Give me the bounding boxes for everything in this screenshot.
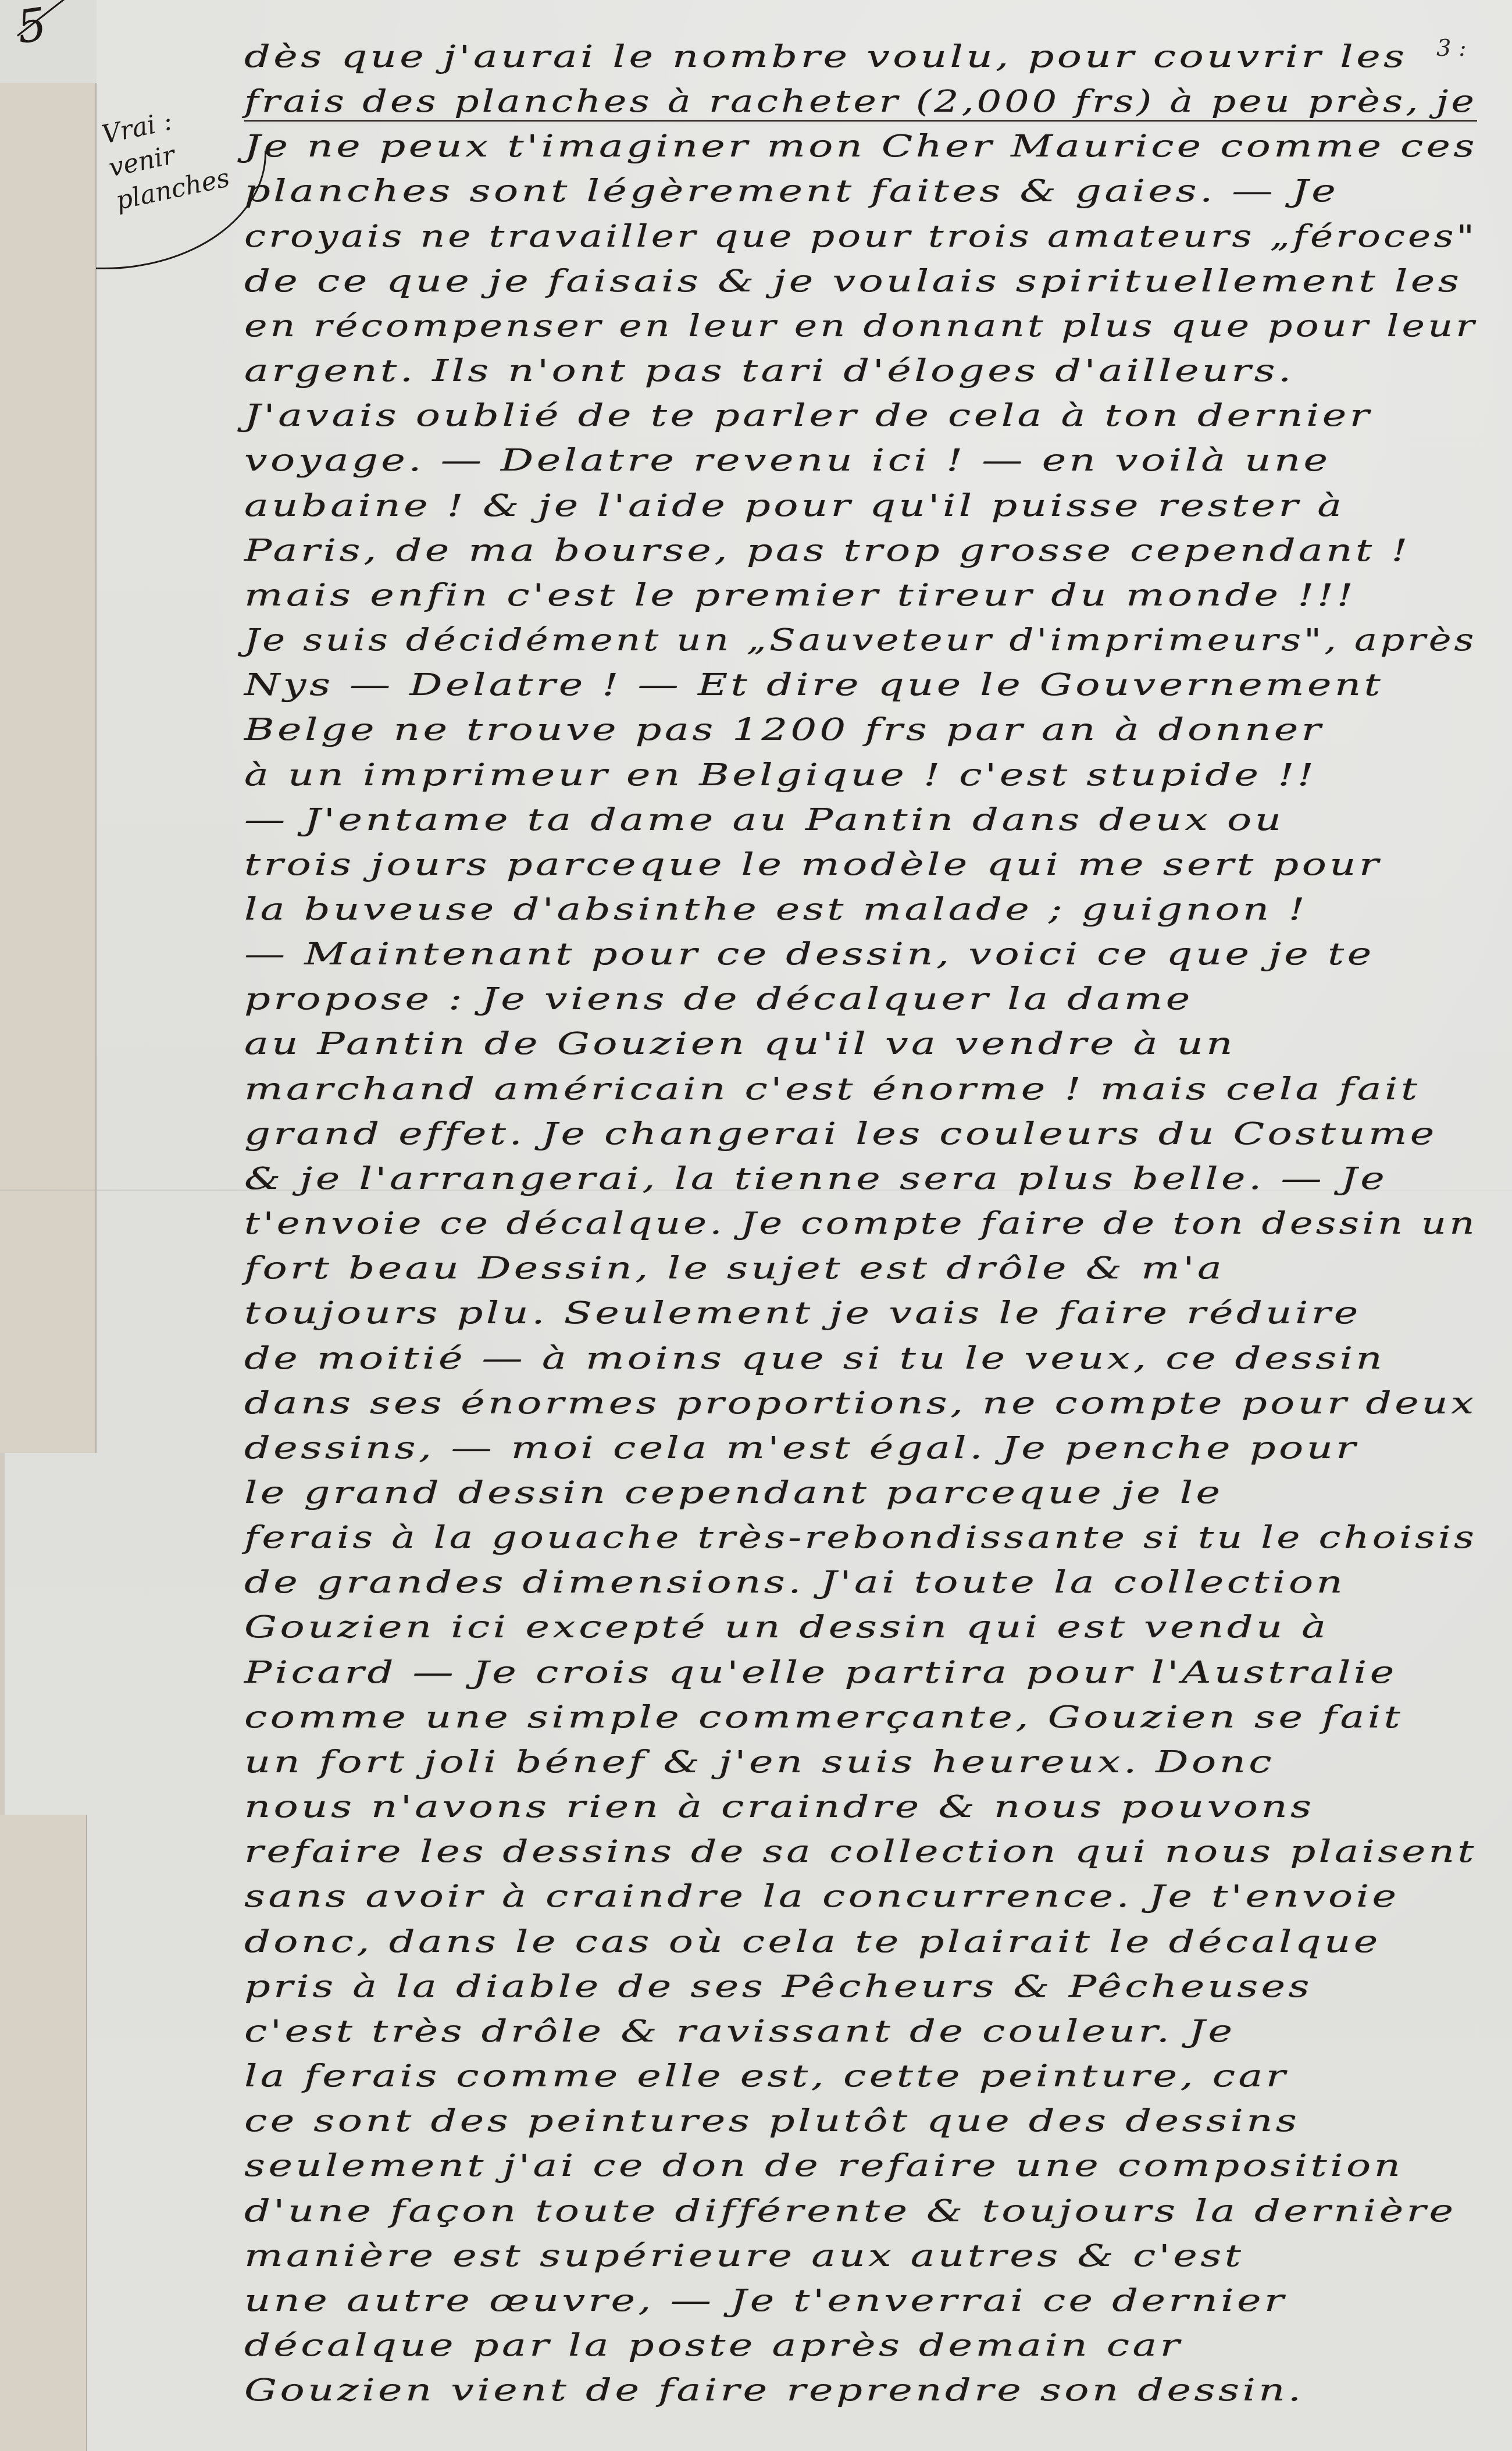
handwritten-line: nous n'avons rien à craindre & nous pouv… — [244, 1785, 1495, 1830]
handwritten-line-text: croyais ne travailler que pour trois ama… — [244, 215, 1477, 259]
handwritten-line: & je l'arrangerai, la tienne sera plus b… — [244, 1157, 1495, 1202]
handwritten-line: seulement j'ai ce don de refaire une com… — [244, 2144, 1495, 2189]
handwritten-line: ce sont des peintures plutôt que des des… — [244, 2099, 1495, 2144]
handwritten-line: au Pantin de Gouzien qu'il va vendre à u… — [244, 1022, 1495, 1067]
handwritten-line-text: nous n'avons rien à craindre & nous pouv… — [244, 1785, 1314, 1830]
handwritten-line: argent. Ils n'ont pas tari d'éloges d'ai… — [244, 349, 1495, 394]
handwritten-line: trois jours parceque le modèle qui me se… — [244, 843, 1495, 888]
handwritten-line: à un imprimeur en Belgique ! c'est stupi… — [244, 753, 1495, 798]
handwritten-line-text: ferais à la gouache très-rebondissante s… — [244, 1516, 1477, 1561]
handwritten-line: Belge ne trouve pas 1200 frs par an à do… — [244, 708, 1495, 753]
handwritten-line-text: seulement j'ai ce don de refaire une com… — [244, 2144, 1403, 2189]
handwritten-line: Gouzien ici excepté un dessin qui est ve… — [244, 1605, 1495, 1650]
handwritten-line-text: le grand dessin cependant parceque je le — [244, 1471, 1224, 1516]
handwritten-line-text: en récompenser en leur en donnant plus q… — [244, 304, 1477, 349]
handwritten-line: croyais ne travailler que pour trois ama… — [244, 215, 1495, 259]
handwritten-line-text: — Maintenant pour ce dessin, voici ce qu… — [244, 932, 1375, 977]
handwritten-line: un fort joli bénef & j'en suis heureux. … — [244, 1740, 1495, 1785]
handwritten-line-text: trois jours parceque le modèle qui me se… — [244, 843, 1382, 888]
handwritten-line-text: pris à la diable de ses Pêcheurs & Pêche… — [244, 1965, 1313, 2010]
handwritten-line: J'avais oublié de te parler de cela à to… — [244, 394, 1495, 439]
handwritten-line: donc, dans le cas où cela te plairait le… — [244, 1920, 1495, 1965]
handwritten-line: Je suis décidément un „Sauveteur d'impri… — [244, 618, 1495, 663]
handwritten-line-text: une autre œuvre, — Je t'enverrai ce dern… — [244, 2279, 1287, 2324]
handwritten-line: pris à la diable de ses Pêcheurs & Pêche… — [244, 1965, 1495, 2010]
handwritten-line: le grand dessin cependant parceque je le — [244, 1471, 1495, 1516]
handwritten-line-text: — J'entame ta dame au Pantin dans deux o… — [244, 798, 1284, 843]
handwritten-line: grand effet. Je changerai les couleurs d… — [244, 1112, 1495, 1157]
handwritten-line: en récompenser en leur en donnant plus q… — [244, 304, 1495, 349]
handwritten-line-text: refaire les dessins de sa collection qui… — [244, 1830, 1477, 1875]
handwritten-line-text: au Pantin de Gouzien qu'il va vendre à u… — [244, 1022, 1236, 1067]
handwritten-line: dessins, — moi cela m'est égal. Je pench… — [244, 1426, 1495, 1471]
handwritten-line-text: d'une façon toute différente & toujours … — [244, 2189, 1457, 2234]
handwritten-line-text: comme une simple commerçante, Gouzien se… — [244, 1695, 1403, 1740]
handwritten-line: t'envoie ce décalque. Je compte faire de… — [244, 1202, 1495, 1246]
handwritten-line-text: la buveuse d'absinthe est malade ; guign… — [244, 888, 1308, 932]
handwritten-line-text: Belge ne trouve pas 1200 frs par an à do… — [244, 708, 1324, 753]
handwritten-line: Paris, de ma bourse, pas trop grosse cep… — [244, 529, 1495, 573]
handwritten-line: Je ne peux t'imaginer mon Cher Maurice c… — [244, 124, 1495, 169]
handwritten-line: Gouzien vient de faire reprendre son des… — [244, 2368, 1495, 2413]
mounting-tape-upper — [0, 83, 97, 1453]
handwritten-line-text: planches sont légèrement faites & gaies.… — [244, 169, 1339, 214]
handwritten-line: fort beau Dessin, le sujet est drôle & m… — [244, 1246, 1495, 1291]
handwritten-line: marchand américain c'est énorme ! mais c… — [244, 1067, 1495, 1112]
handwritten-line-text: c'est très drôle & ravissant de couleur.… — [244, 2010, 1236, 2054]
handwritten-line: c'est très drôle & ravissant de couleur.… — [244, 2010, 1495, 2054]
handwritten-line-text: mais enfin c'est le premier tireur du mo… — [244, 573, 1356, 618]
handwritten-line-text: à un imprimeur en Belgique ! c'est stupi… — [244, 753, 1317, 798]
handwritten-line-text: & je l'arrangerai, la tienne sera plus b… — [244, 1157, 1388, 1202]
handwritten-line-text: J'avais oublié de te parler de cela à to… — [244, 394, 1372, 439]
handwritten-line-text: grand effet. Je changerai les couleurs d… — [244, 1112, 1438, 1157]
handwritten-line: d'une façon toute différente & toujours … — [244, 2189, 1495, 2234]
handwritten-line-text: dessins, — moi cela m'est égal. Je pench… — [244, 1426, 1358, 1471]
handwritten-line: Nys — Delatre ! — Et dire que le Gouvern… — [244, 663, 1495, 708]
handwritten-line: de grandes dimensions. J'ai toute la col… — [244, 1561, 1495, 1605]
handwritten-line-text: t'envoie ce décalque. Je compte faire de… — [244, 1202, 1478, 1246]
handwritten-line: propose : Je viens de décalquer la dame — [244, 977, 1495, 1022]
handwritten-line: Picard — Je crois qu'elle partira pour l… — [244, 1651, 1495, 1695]
handwritten-line: la ferais comme elle est, cette peinture… — [244, 2054, 1495, 2099]
handwritten-line: aubaine ! & je l'aide pour qu'il puisse … — [244, 484, 1495, 529]
handwritten-line-text: Gouzien vient de faire reprendre son des… — [244, 2368, 1304, 2413]
handwritten-line: décalque par la poste après demain car — [244, 2324, 1495, 2368]
handwritten-line: ferais à la gouache très-rebondissante s… — [244, 1516, 1495, 1561]
handwritten-line-text: marchand américain c'est énorme ! mais c… — [244, 1067, 1421, 1112]
handwritten-line-text: manière est supérieure aux autres & c'es… — [244, 2234, 1244, 2279]
handwritten-line-text: Nys — Delatre ! — Et dire que le Gouvern… — [244, 663, 1383, 708]
handwritten-line-text: fort beau Dessin, le sujet est drôle & m… — [244, 1246, 1225, 1291]
handwritten-line: une autre œuvre, — Je t'enverrai ce dern… — [244, 2279, 1495, 2324]
handwritten-line-text: un fort joli bénef & j'en suis heureux. … — [244, 1740, 1275, 1785]
handwritten-line-text: aubaine ! & je l'aide pour qu'il puisse … — [244, 484, 1345, 529]
handwritten-line: dans ses énormes proportions, ne compte … — [244, 1381, 1495, 1426]
handwritten-line: voyage. — Delatre revenu ici ! — en voil… — [244, 439, 1495, 483]
handwritten-line-text: de moitié — à moins que si tu le veux, c… — [244, 1337, 1385, 1381]
handwritten-line-text: Je suis décidément un „Sauveteur d'impri… — [244, 618, 1477, 663]
handwritten-line-text: Je ne peux t'imaginer mon Cher Maurice c… — [244, 124, 1478, 169]
handwritten-line-text: frais des planches à racheter (2,000 frs… — [244, 80, 1477, 124]
handwritten-line: — J'entame ta dame au Pantin dans deux o… — [244, 798, 1495, 843]
handwritten-line: planches sont légèrement faites & gaies.… — [244, 169, 1495, 214]
handwritten-line-text: de grandes dimensions. J'ai toute la col… — [244, 1561, 1346, 1605]
handwritten-line-text: voyage. — Delatre revenu ici ! — en voil… — [244, 439, 1331, 483]
handwritten-line-text: toujours plu. Seulement je vais le faire… — [244, 1291, 1361, 1336]
handwritten-line-text: dans ses énormes proportions, ne compte … — [244, 1381, 1477, 1426]
handwritten-line-text: Paris, de ma bourse, pas trop grosse cep… — [244, 529, 1411, 573]
handwritten-line-text: Gouzien ici excepté un dessin qui est ve… — [244, 1605, 1329, 1650]
handwritten-line: manière est supérieure aux autres & c'es… — [244, 2234, 1495, 2279]
letter-body: dès que j'aurai le nombre voulu, pour co… — [244, 35, 1495, 2413]
handwritten-line: dès que j'aurai le nombre voulu, pour co… — [244, 35, 1495, 80]
handwritten-line: refaire les dessins de sa collection qui… — [244, 1830, 1495, 1875]
handwritten-line: mais enfin c'est le premier tireur du mo… — [244, 573, 1495, 618]
handwritten-line-text: décalque par la poste après demain car — [244, 2324, 1183, 2368]
handwritten-line-text: la ferais comme elle est, cette peinture… — [244, 2054, 1289, 2099]
handwritten-line-text: ce sont des peintures plutôt que des des… — [244, 2099, 1300, 2144]
handwritten-line: la buveuse d'absinthe est malade ; guign… — [244, 888, 1495, 932]
handwritten-line-text: dès que j'aurai le nombre voulu, pour co… — [244, 35, 1408, 80]
mounting-tape-lower — [0, 1815, 87, 2451]
handwritten-line-text: sans avoir à craindre la concurrence. Je… — [244, 1875, 1400, 1919]
handwritten-line: sans avoir à craindre la concurrence. Je… — [244, 1875, 1495, 1919]
handwritten-line-text: donc, dans le cas où cela te plairait le… — [244, 1920, 1381, 1965]
handwritten-line: toujours plu. Seulement je vais le faire… — [244, 1291, 1495, 1336]
handwritten-line: comme une simple commerçante, Gouzien se… — [244, 1695, 1495, 1740]
handwritten-line: — Maintenant pour ce dessin, voici ce qu… — [244, 932, 1495, 977]
handwritten-line-text: propose : Je viens de décalquer la dame — [244, 977, 1193, 1022]
handwritten-line-text: argent. Ils n'ont pas tari d'éloges d'ai… — [244, 349, 1295, 394]
handwritten-line: de ce que je faisais & je voulais spirit… — [244, 259, 1495, 304]
handwritten-line: de moitié — à moins que si tu le veux, c… — [244, 1337, 1495, 1381]
handwritten-line-text: Picard — Je crois qu'elle partira pour l… — [244, 1651, 1397, 1695]
handwritten-line: frais des planches à racheter (2,000 frs… — [244, 80, 1495, 124]
handwritten-line-text: de ce que je faisais & je voulais spirit… — [244, 259, 1462, 304]
